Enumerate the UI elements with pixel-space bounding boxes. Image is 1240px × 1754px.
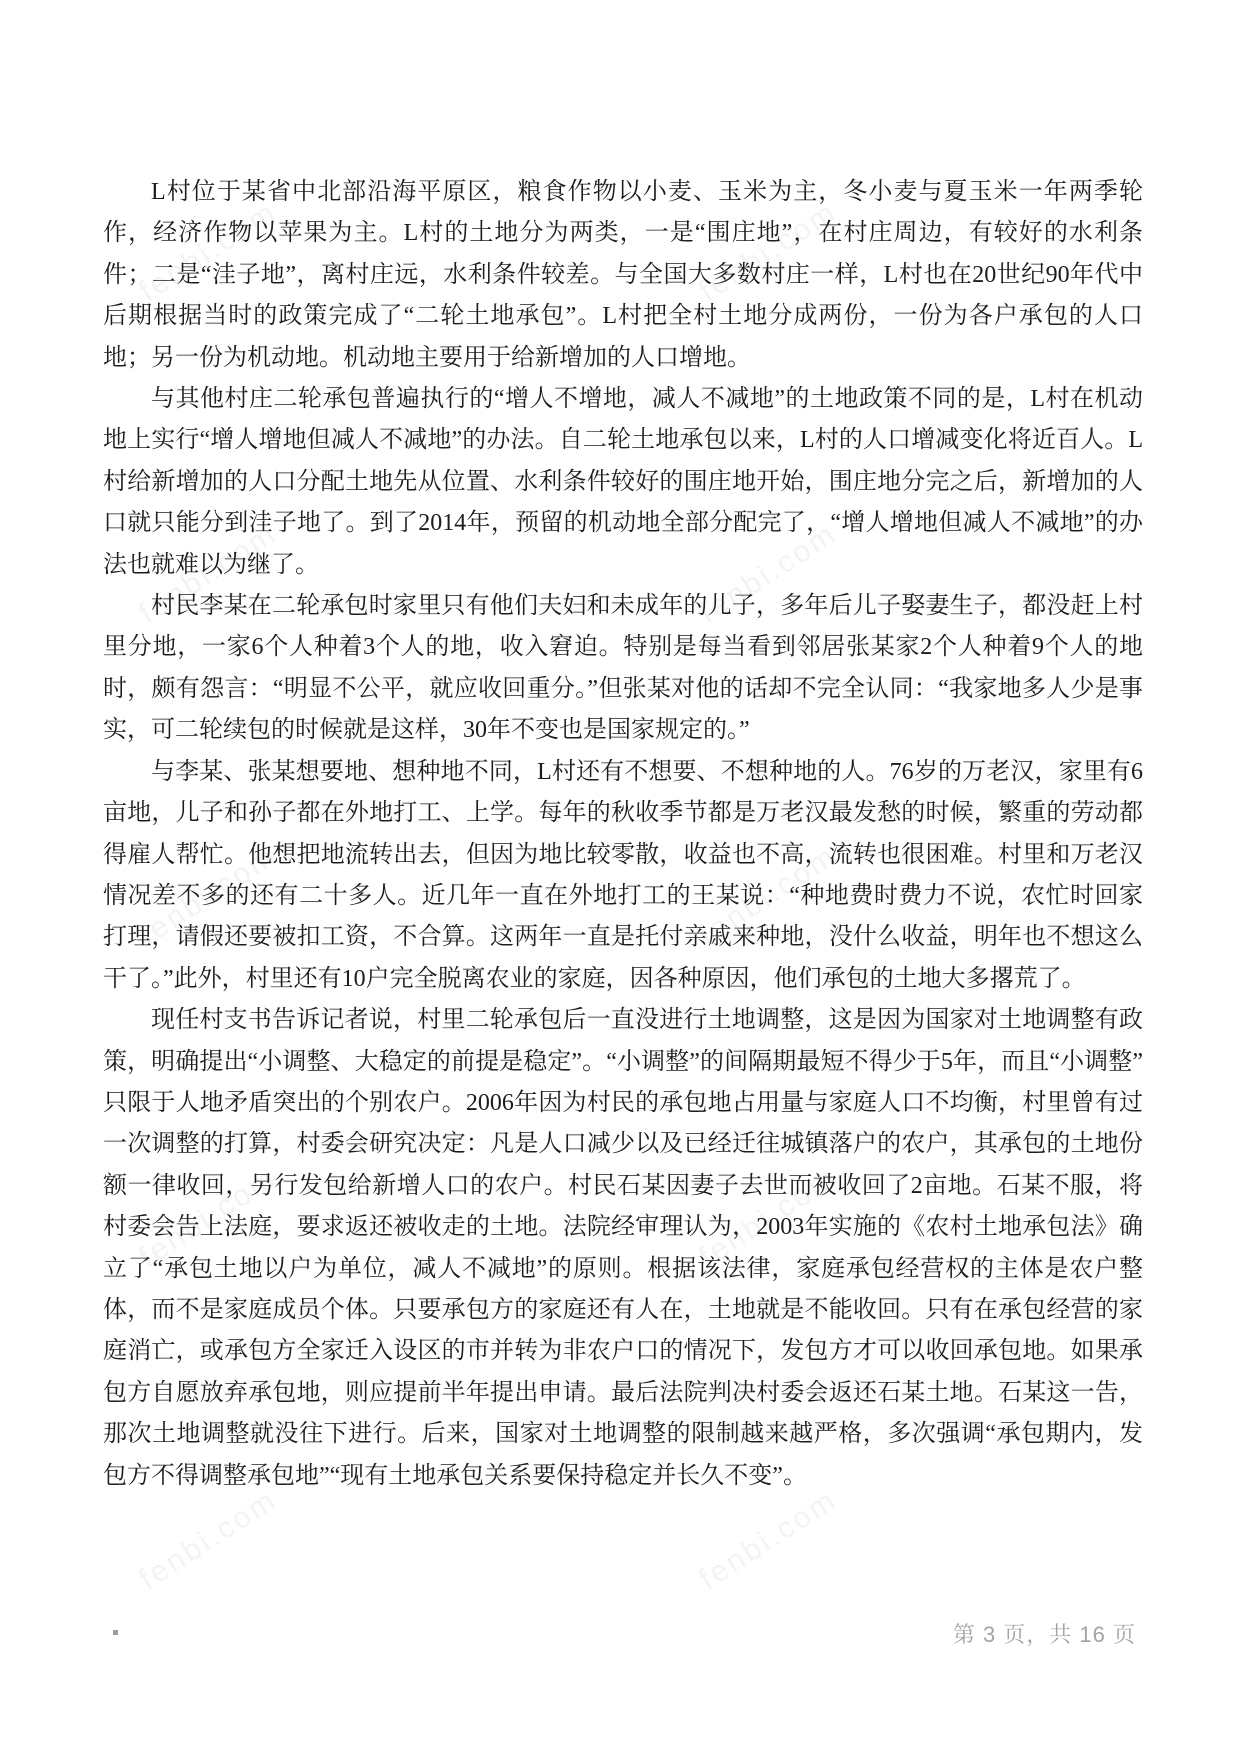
paragraph-5: 现任村支书告诉记者说，村里二轮承包后一直没进行土地调整，这是因为国家对土地调整有… [103,1000,1143,1497]
site-watermark: fenbi.com [693,1483,843,1597]
document-page: fenbi.comfenbi.comfenbi.comfenbi.comfenb… [0,0,1240,1754]
footer-dot [113,1630,118,1635]
paragraph-3: 村民李某在二轮承包时家里只有他们夫妇和未成年的儿子，多年后儿子娶妻生子，都没赶上… [103,586,1143,752]
paragraph-1: L村位于某省中北部沿海平原区，粮食作物以小麦、玉米为主，冬小麦与夏玉米一年两季轮… [103,172,1143,379]
paragraph-2: 与其他村庄二轮承包普遍执行的“增人不增地，减人不减地”的土地政策不同的是，L村在… [103,379,1143,586]
paragraph-4: 与李某、张某想要地、想种地不同，L村还有不想要、不想种地的人。76岁的万老汉，家… [103,752,1143,1000]
article-body: L村位于某省中北部沿海平原区，粮食作物以小麦、玉米为主，冬小麦与夏玉米一年两季轮… [103,172,1143,1497]
site-watermark: fenbi.com [133,1483,283,1597]
page-number: 第 3 页，共 16 页 [953,1618,1136,1649]
